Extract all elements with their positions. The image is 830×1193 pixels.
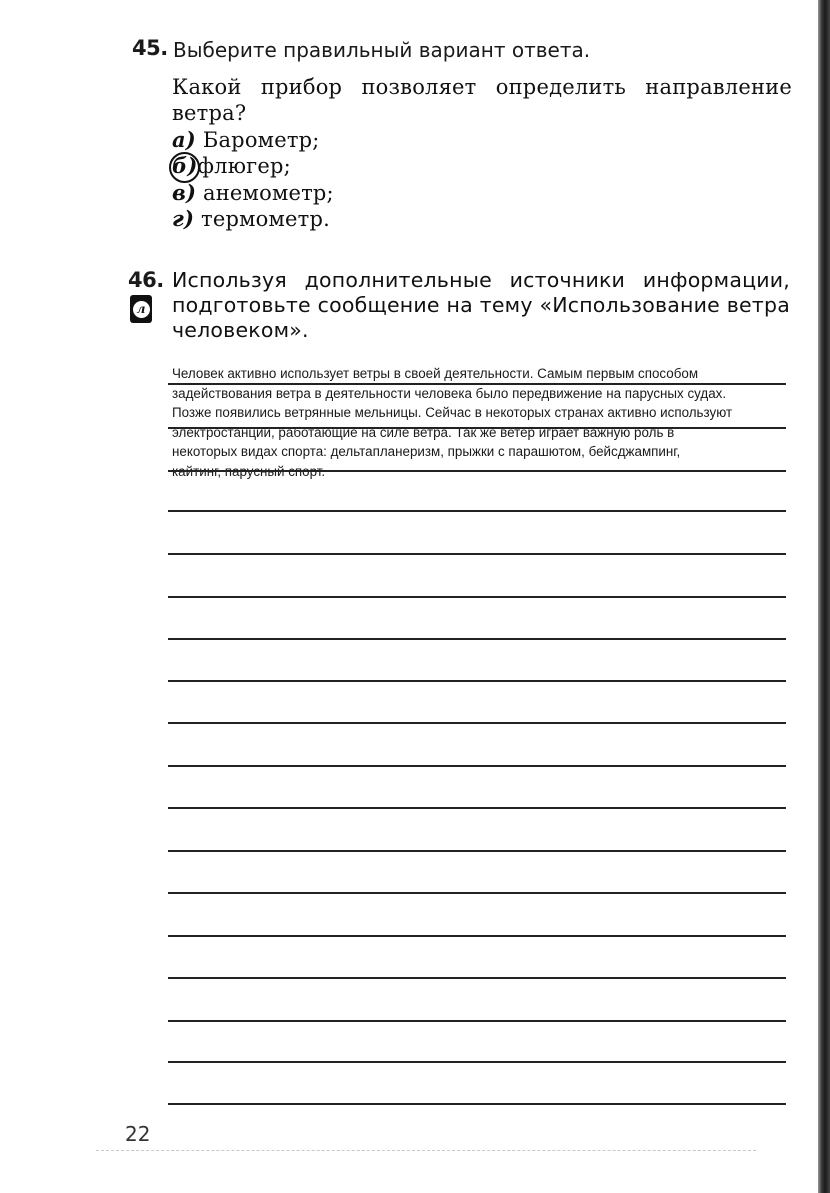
writing-line: [168, 596, 786, 598]
writing-line: [168, 892, 786, 894]
writing-line: [168, 850, 786, 852]
answer-line: Человек активно использует ветры в своей…: [172, 364, 792, 384]
scan-artifact: [96, 1150, 756, 1152]
writing-line: [168, 553, 786, 555]
writing-line: [168, 510, 786, 512]
writing-line: [168, 383, 786, 385]
answer-line: некоторых видах спорта: дельтапланеризм,…: [172, 442, 792, 462]
writing-line: [168, 807, 786, 809]
library-research-icon: л: [130, 295, 152, 323]
option-b-selected[interactable]: б)флюгер;: [172, 153, 291, 178]
answer-line: задействования ветра в деятельности чело…: [172, 384, 792, 404]
task-45-number: 45.: [132, 36, 168, 60]
task-46-instruction: Используя дополнительные источники инфор…: [172, 268, 790, 343]
task-46-number: 46.: [128, 268, 164, 292]
writing-line: [168, 1020, 786, 1022]
option-c-text: анемометр;: [196, 181, 334, 205]
task-45-question: Какой прибор позволяет определить направ…: [172, 74, 792, 126]
option-d[interactable]: г) термометр.: [172, 206, 330, 231]
task-45-instruction: Выберите правильный вариант ответа.: [173, 38, 590, 62]
writing-line: [168, 427, 786, 429]
answer-line: электростанции, работающие на силе ветра…: [172, 423, 792, 443]
option-d-letter: г): [172, 206, 194, 231]
writing-line: [168, 680, 786, 682]
option-d-text: термометр.: [194, 207, 330, 231]
answer-line: кайтинг, парусный спорт.: [172, 462, 792, 482]
option-a[interactable]: а) Барометр;: [172, 127, 320, 152]
answer-line: Позже появились ветрянные мельницы. Сейч…: [172, 403, 792, 423]
page-binding-edge: [818, 0, 830, 1193]
writing-line: [168, 935, 786, 937]
option-c[interactable]: в) анемометр;: [172, 180, 334, 205]
writing-line: [168, 1103, 786, 1105]
writing-line: [168, 1061, 786, 1063]
writing-line: [168, 638, 786, 640]
option-b-text: флюгер;: [198, 154, 291, 178]
writing-line: [168, 765, 786, 767]
option-a-text: Барометр;: [196, 128, 320, 152]
option-c-letter: в): [172, 180, 196, 205]
badge-letter: л: [133, 301, 150, 318]
writing-line: [168, 722, 786, 724]
option-b-circled-letter: б): [172, 153, 198, 178]
page-number: 22: [125, 1122, 150, 1146]
answer-text: Человек активно использует ветры в своей…: [172, 364, 792, 482]
option-a-letter: а): [172, 127, 196, 152]
writing-line: [168, 977, 786, 979]
writing-line: [168, 470, 786, 472]
